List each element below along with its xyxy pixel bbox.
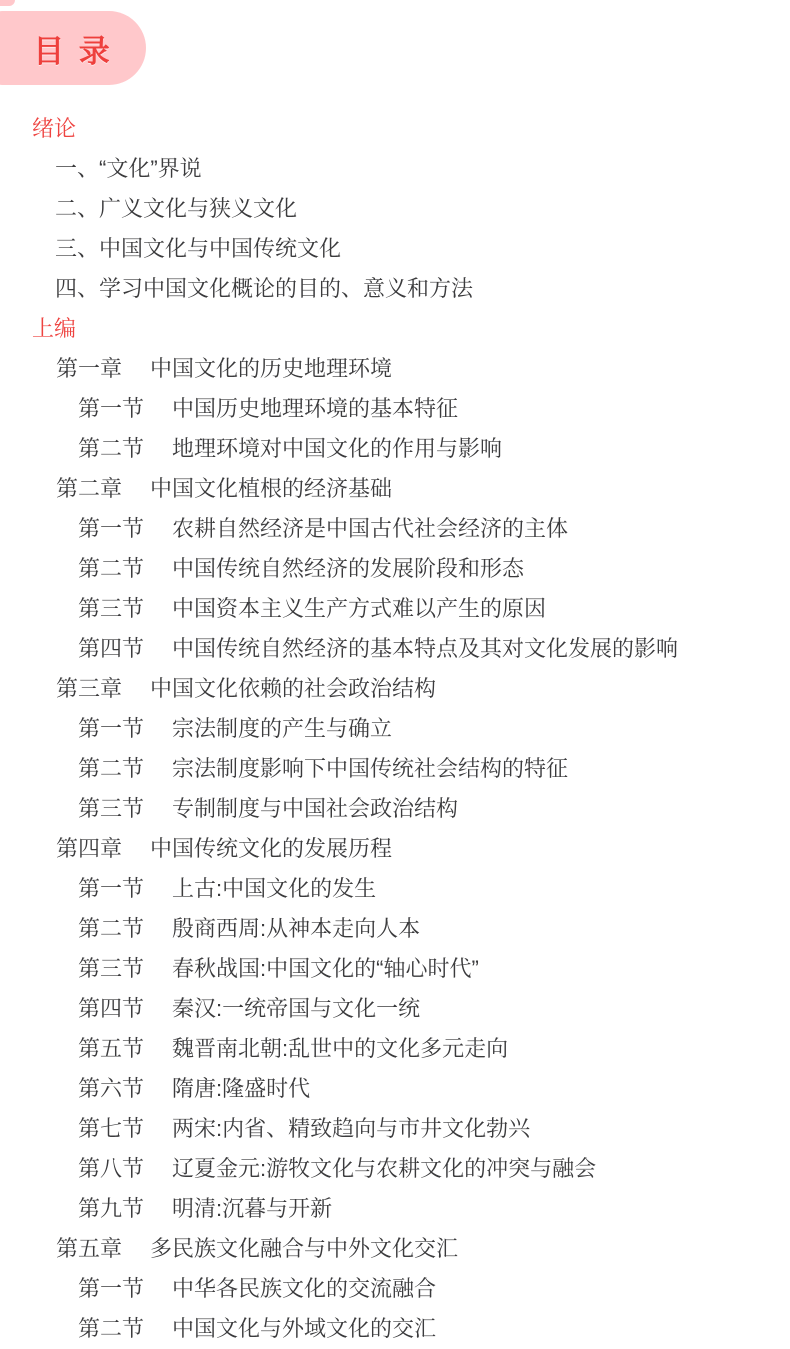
entry-label: 第八节 <box>78 1156 144 1181</box>
toc-entry-section[interactable]: 第八节辽夏金元:游牧文化与农耕文化的冲突与融会 <box>0 1149 790 1189</box>
toc-entry-section[interactable]: 第二节殷商西周:从神本走向人本 <box>0 909 790 949</box>
toc-entry-part[interactable]: 上编 <box>0 309 790 349</box>
toc-entry-section[interactable]: 第四节中国传统自然经济的基本特点及其对文化发展的影响 <box>0 629 790 669</box>
toc-entry-section[interactable]: 第九节明清:沉暮与开新 <box>0 1189 790 1229</box>
toc-entry-section[interactable]: 第二节宗法制度影响下中国传统社会结构的特征 <box>0 749 790 789</box>
toc-entry-section[interactable]: 第七节两宋:内省、精致趋向与市井文化勃兴 <box>0 1109 790 1149</box>
entry-label: 第二章 <box>56 476 122 501</box>
toc-entry-section[interactable]: 第一节上古:中国文化的发生 <box>0 869 790 909</box>
toc-entry-section[interactable]: 第一节农耕自然经济是中国古代社会经济的主体 <box>0 509 790 549</box>
entry-label: 第二节 <box>78 436 144 461</box>
entry-label: 第二节 <box>78 916 144 941</box>
toc-entry-chapter[interactable]: 第三章中国文化依赖的社会政治结构 <box>0 669 790 709</box>
toc-entry-section[interactable]: 第六节隋唐:隆盛时代 <box>0 1069 790 1109</box>
entry-label: 第四节 <box>78 996 144 1021</box>
entry-label: 第三节 <box>78 956 144 981</box>
entry-title: 中国文化依赖的社会政治结构 <box>150 676 436 701</box>
entry-title: 秦汉:一统帝国与文化一统 <box>172 996 420 1021</box>
entry-label: 第二节 <box>78 556 144 581</box>
toc-entry-part[interactable]: 绪论 <box>0 109 790 149</box>
entry-label: 第一节 <box>78 516 144 541</box>
toc-entry-section[interactable]: 第三节专制制度与中国社会政治结构 <box>0 789 790 829</box>
entry-title: 专制制度与中国社会政治结构 <box>172 796 458 821</box>
toc-badge: 目 录 <box>0 11 146 85</box>
entry-label: 第一节 <box>78 716 144 741</box>
entry-title: 明清:沉暮与开新 <box>172 1196 332 1221</box>
entry-label: 第一节 <box>78 396 144 421</box>
toc-entry-section[interactable]: 第一节中国历史地理环境的基本特征 <box>0 389 790 429</box>
entry-title: 中国文化植根的经济基础 <box>150 476 392 501</box>
entry-label: 第一节 <box>78 876 144 901</box>
entry-title: 多民族文化融合与中外文化交汇 <box>150 1236 458 1261</box>
toc-entry-chapter[interactable]: 第一章中国文化的历史地理环境 <box>0 349 790 389</box>
entry-label: 第四章 <box>56 836 122 861</box>
toc-entry-intro[interactable]: 一、“文化”界说 <box>0 149 790 189</box>
entry-label: 第三节 <box>78 596 144 621</box>
entry-label: 第一节 <box>78 1276 144 1301</box>
toc-page: 目 录 绪论一、“文化”界说二、广义文化与狭义文化三、中国文化与中国传统文化四、… <box>0 0 790 1349</box>
entry-title: 中华各民族文化的交流融合 <box>172 1276 436 1301</box>
toc-entry-intro[interactable]: 四、学习中国文化概论的目的、意义和方法 <box>0 269 790 309</box>
entry-label: 第六节 <box>78 1076 144 1101</box>
entry-title: 中国传统自然经济的基本特点及其对文化发展的影响 <box>172 636 678 661</box>
entry-title: 两宋:内省、精致趋向与市井文化勃兴 <box>172 1116 530 1141</box>
entry-label: 第一章 <box>56 356 122 381</box>
entry-title: 中国传统自然经济的发展阶段和形态 <box>172 556 524 581</box>
entry-label: 第二节 <box>78 756 144 781</box>
toc-entry-section[interactable]: 第四节秦汉:一统帝国与文化一统 <box>0 989 790 1029</box>
toc-entry-section[interactable]: 第一节宗法制度的产生与确立 <box>0 709 790 749</box>
entry-title: 中国文化的历史地理环境 <box>150 356 392 381</box>
toc-entry-section[interactable]: 第一节中华各民族文化的交流融合 <box>0 1269 790 1309</box>
entry-label: 第七节 <box>78 1116 144 1141</box>
entry-title: 辽夏金元:游牧文化与农耕文化的冲突与融会 <box>172 1156 596 1181</box>
entry-title: 隋唐:隆盛时代 <box>172 1076 310 1101</box>
entry-title: 地理环境对中国文化的作用与影响 <box>172 436 502 461</box>
entry-label: 第三章 <box>56 676 122 701</box>
toc-entry-section[interactable]: 第二节中国文化与外域文化的交汇 <box>0 1309 790 1349</box>
entry-title: 宗法制度影响下中国传统社会结构的特征 <box>172 756 568 781</box>
entry-title: 魏晋南北朝:乱世中的文化多元走向 <box>172 1036 508 1061</box>
entry-title: 中国文化与外域文化的交汇 <box>172 1316 436 1341</box>
page-corner-decoration <box>0 0 15 6</box>
toc-entry-section[interactable]: 第三节中国资本主义生产方式难以产生的原因 <box>0 589 790 629</box>
entry-title: 中国资本主义生产方式难以产生的原因 <box>172 596 546 621</box>
toc-entry-section[interactable]: 第二节地理环境对中国文化的作用与影响 <box>0 429 790 469</box>
toc-badge-label: 目 录 <box>25 26 113 71</box>
entry-title: 宗法制度的产生与确立 <box>172 716 392 741</box>
entry-title: 春秋战国:中国文化的“轴心时代” <box>172 956 479 981</box>
entry-label: 第五节 <box>78 1036 144 1061</box>
entry-label: 第五章 <box>56 1236 122 1261</box>
toc-entry-section[interactable]: 第五节魏晋南北朝:乱世中的文化多元走向 <box>0 1029 790 1069</box>
toc-entry-intro[interactable]: 二、广义文化与狭义文化 <box>0 189 790 229</box>
toc-entry-section[interactable]: 第三节春秋战国:中国文化的“轴心时代” <box>0 949 790 989</box>
toc-entry-chapter[interactable]: 第二章中国文化植根的经济基础 <box>0 469 790 509</box>
entry-label: 第四节 <box>78 636 144 661</box>
toc-entry-section[interactable]: 第二节中国传统自然经济的发展阶段和形态 <box>0 549 790 589</box>
entry-title: 农耕自然经济是中国古代社会经济的主体 <box>172 516 568 541</box>
toc-entry-chapter[interactable]: 第四章中国传统文化的发展历程 <box>0 829 790 869</box>
entry-title: 上古:中国文化的发生 <box>172 876 376 901</box>
entry-title: 殷商西周:从神本走向人本 <box>172 916 420 941</box>
toc-list: 绪论一、“文化”界说二、广义文化与狭义文化三、中国文化与中国传统文化四、学习中国… <box>0 109 790 1349</box>
entry-title: 中国历史地理环境的基本特征 <box>172 396 458 421</box>
entry-title: 中国传统文化的发展历程 <box>150 836 392 861</box>
entry-label: 第九节 <box>78 1196 144 1221</box>
entry-label: 第二节 <box>78 1316 144 1341</box>
toc-entry-intro[interactable]: 三、中国文化与中国传统文化 <box>0 229 790 269</box>
entry-label: 第三节 <box>78 796 144 821</box>
toc-entry-chapter[interactable]: 第五章多民族文化融合与中外文化交汇 <box>0 1229 790 1269</box>
